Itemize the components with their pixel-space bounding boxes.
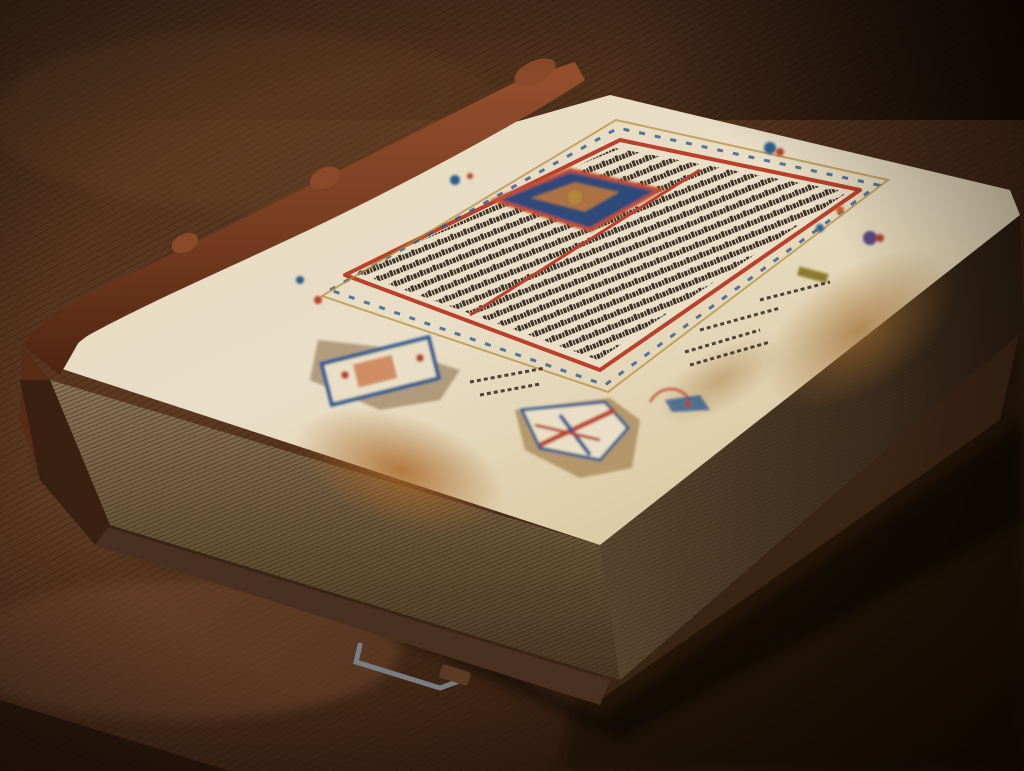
vignette (0, 0, 1024, 771)
manuscript-photo: Close-up photograph of a thick, weathere… (0, 0, 1024, 771)
